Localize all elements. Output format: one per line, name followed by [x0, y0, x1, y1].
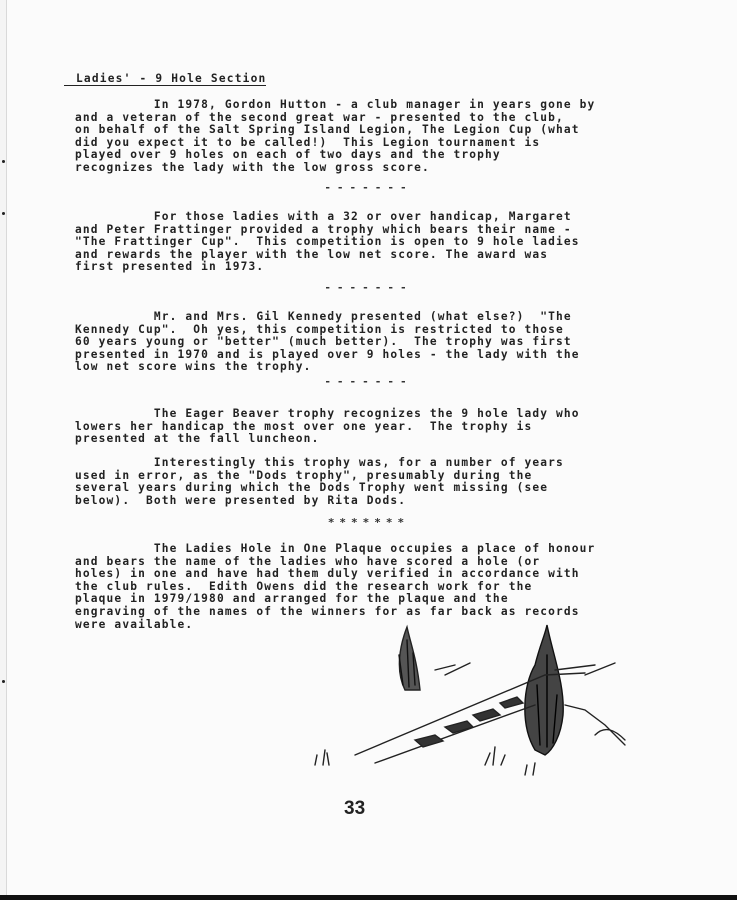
page-number: 33 [344, 798, 365, 820]
paragraph-frattinger-cup: For those ladies with a 32 or over handi… [75, 211, 655, 274]
paragraph-kennedy-cup: Mr. and Mrs. Gil Kennedy presented (what… [75, 311, 655, 374]
separator-dashes: ------- [0, 281, 737, 294]
separator-stars: ******* [0, 516, 737, 529]
golf-path-illustration [295, 615, 655, 785]
binding-mark [2, 212, 5, 215]
paragraph-dods-trophy: Interestingly this trophy was, for a num… [75, 457, 655, 507]
section-heading: Ladies' - 9 Hole Section [64, 72, 266, 86]
binding-mark [2, 160, 5, 163]
page-bottom-edge [0, 895, 737, 900]
paragraph-eager-beaver: The Eager Beaver trophy recognizes the 9… [75, 408, 655, 446]
separator-dashes: ------- [0, 375, 737, 388]
separator-dashes: ------- [0, 181, 737, 194]
binding-mark [2, 680, 5, 683]
paragraph-legion-cup: In 1978, Gordon Hutton - a club manager … [75, 99, 655, 175]
